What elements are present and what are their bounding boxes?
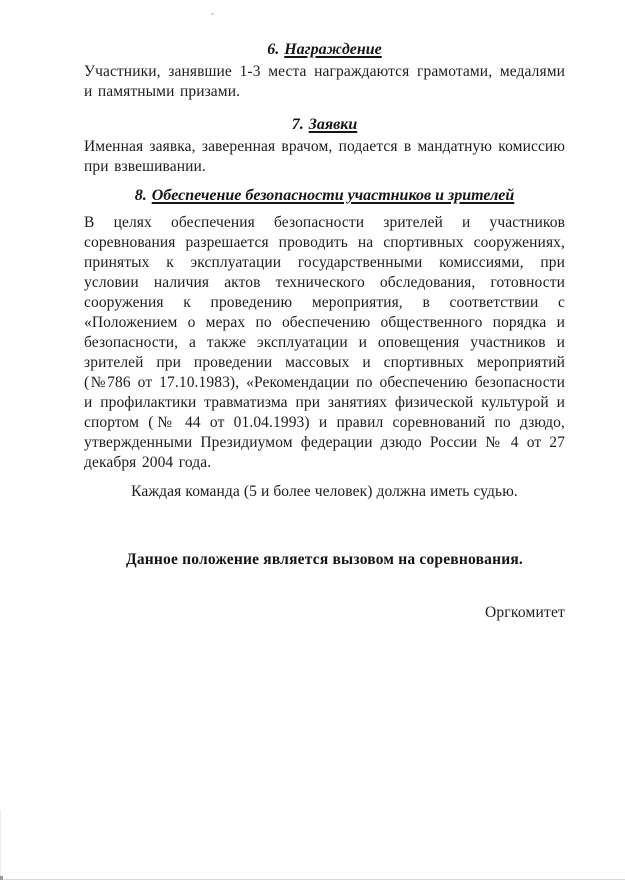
section-7-number: 7. <box>292 116 304 133</box>
section-8-heading: 8.Обеспечение безопасности участников и … <box>84 186 565 206</box>
invitation-statement: Данное положение является вызовом на сор… <box>84 550 565 570</box>
section-7-title: Заявки <box>309 116 358 133</box>
team-note: Каждая команда (5 и более человек) должн… <box>84 482 565 502</box>
scanned-document-page: 6.Награждение Участники, занявшие 1-3 ме… <box>0 0 625 880</box>
section-6-number: 6. <box>267 41 279 58</box>
section-7-heading: 7.Заявки <box>84 115 565 135</box>
section-8-number: 8. <box>135 187 147 204</box>
section-8-title: Обеспечение безопасности участников и зр… <box>152 187 515 204</box>
section-6-heading: 6.Награждение <box>84 40 565 60</box>
document-content: 6.Награждение Участники, занявшие 1-3 ме… <box>0 0 625 623</box>
section-8-paragraph: В целях обеспечения безопасности зрителе… <box>84 213 565 473</box>
scan-artifact-left-edge <box>0 810 1 880</box>
scan-artifact-dot <box>211 13 214 15</box>
section-6-title: Награждение <box>284 41 382 58</box>
section-6-paragraph: Участники, занявшие 1-3 места награждают… <box>84 62 565 102</box>
section-7-paragraph: Именная заявка, заверенная врачом, подае… <box>84 137 565 177</box>
scan-artifact-corner-mark <box>0 876 3 880</box>
signature-orgcommittee: Оргкомитет <box>84 603 565 623</box>
